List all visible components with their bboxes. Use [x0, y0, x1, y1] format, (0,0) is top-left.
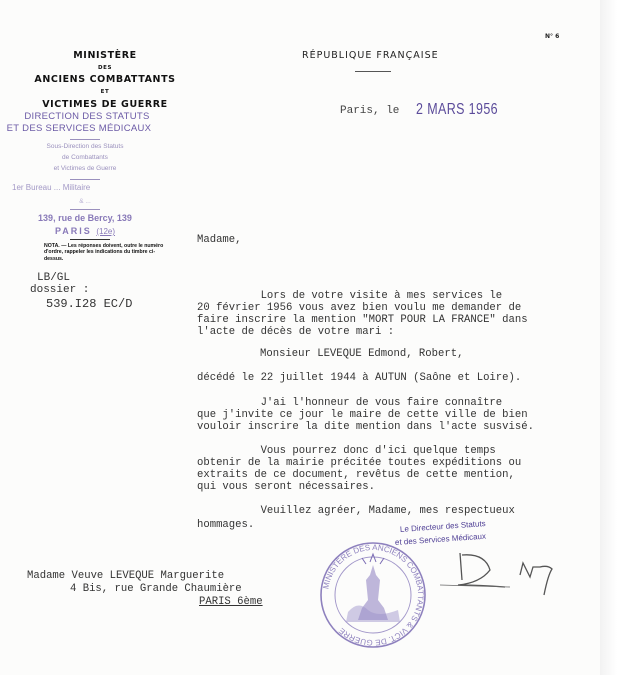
sub-direction-line: de Combattants — [20, 154, 150, 161]
direction-line: ET DES SERVICES MÉDICAUX — [4, 123, 154, 134]
text-line: qui vous seront nécessaires. — [197, 481, 375, 493]
text-line: hommages. — [197, 519, 254, 531]
divider — [70, 179, 100, 180]
text-line: 20 février 1956 vous avez bien voulu me … — [197, 302, 521, 314]
republic-heading: RÉPUBLIQUE FRANÇAISE — [302, 50, 439, 61]
text-line: Lors de votre visite à mes services le — [197, 290, 502, 302]
divider — [70, 209, 100, 210]
bureau-line-2: & ... — [20, 198, 150, 205]
date-prefix: Paris, le — [340, 105, 399, 117]
ministry-line: MINISTÈRE — [30, 50, 180, 61]
deceased-detail: décédé le 22 juillet 1944 à AUTUN (Saône… — [197, 372, 521, 384]
divider — [355, 71, 391, 72]
text-line: faire inscrire la mention "MORT POUR LA … — [197, 314, 528, 326]
ministry-line: VICTIMES DE GUERRE — [30, 99, 180, 110]
nota-instructions: NOTA. — Les réponses doivent, outre le n… — [44, 243, 164, 262]
text-line: obtenir de la mairie précitée toutes exp… — [197, 457, 521, 469]
date-stamp: 2 MARS 1956 — [416, 101, 498, 119]
city-name: PARIS — [55, 226, 92, 236]
handwritten-signature — [440, 545, 570, 605]
divider — [70, 239, 110, 240]
sub-direction-line: et Victimes de Guerre — [20, 165, 150, 172]
text-line: que j'invite ce jour le maire de cette v… — [197, 409, 528, 421]
initials: LB/GL — [37, 272, 70, 284]
text-line: Vous pourrez donc d'ici quelque temps — [197, 445, 496, 457]
text-line: vouloir inscrire la dite mention dans l'… — [197, 421, 534, 433]
official-seal-icon: MINISTÈRE DES ANCIENS COMBATTANTS & VICT… — [318, 540, 428, 650]
salutation: Madame, — [197, 234, 242, 246]
deceased-name: Monsieur LEVEQUE Edmond, Robert, — [260, 348, 463, 360]
form-number: N° 6 — [545, 33, 559, 40]
ministry-line: DES — [30, 65, 180, 71]
ministry-line: ET — [30, 89, 180, 95]
recipient-street: 4 Bis, rue Grande Chaumière — [70, 583, 242, 595]
bureau-line: 1er Bureau ... Militaire — [12, 183, 90, 192]
dossier-label: dossier : — [30, 284, 89, 296]
recipient-city: PARIS 6ème — [199, 596, 263, 608]
ministry-city: PARIS (12e) — [20, 226, 150, 236]
page-edge — [600, 0, 617, 675]
dossier-number: 539.I28 EC/D — [46, 297, 132, 311]
ministry-line: ANCIENS COMBATTANTS — [30, 74, 180, 85]
ministry-street-address: 139, rue de Bercy, 139 — [20, 213, 150, 223]
text-line: Veuillez agréer, Madame, mes respectueux — [197, 505, 515, 517]
text-line: extraits de ce document, revêtus de cett… — [197, 469, 515, 481]
text-line: l'acte de décès de votre mari : — [197, 326, 394, 338]
sub-direction-line: Sous-Direction des Statuts — [20, 143, 150, 150]
recipient-name: Madame Veuve LEVEQUE Marguerite — [27, 570, 224, 582]
direction-line: DIRECTION DES STATUTS — [12, 111, 162, 122]
text-line: J'ai l'honneur de vous faire connaître — [197, 397, 502, 409]
divider — [70, 139, 100, 140]
arrondissement: (12e) — [96, 227, 115, 236]
